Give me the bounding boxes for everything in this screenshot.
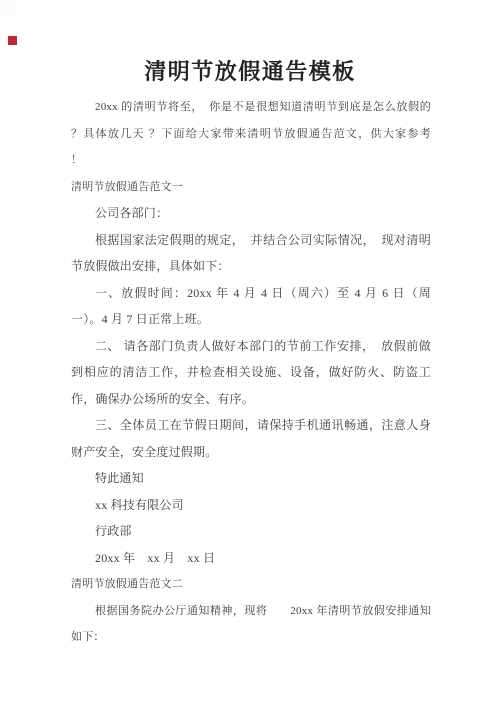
scan-artifact: [0, 0, 17, 15]
document-page: { "colors": { "background": "#ffffff", "…: [0, 0, 500, 708]
sample1-company: xx 科技有限公司: [71, 492, 431, 519]
sample2-opening: 根据国务院办公厅通知精神，现将 20xx 年清明节放假安排通知如下：: [71, 598, 431, 651]
red-marker: [8, 36, 17, 45]
sample1-heading: 清明节放假通告范文一: [71, 174, 431, 201]
sample2-heading: 清明节放假通告范文二: [71, 571, 431, 598]
sample1-date: 20xx 年 xx 月 xx 日: [71, 545, 431, 572]
document-body: 20xx 的清明节将至， 你是不是很想知道清明节到底是怎么放假的 ？具体放几天 …: [71, 94, 431, 651]
sample1-item-2: 二、 请各部门负责人做好本部门的节前工作安排， 放假前做到相应的清洁工作，并检查…: [71, 333, 431, 413]
sample1-department: 行政部: [71, 518, 431, 545]
sample1-item-1: 一、放假时间：20xx 年 4 月 4 日（周六）至 4 月 6 日（周一）。4…: [71, 280, 431, 333]
intro-paragraph: 20xx 的清明节将至， 你是不是很想知道清明节到底是怎么放假的 ？具体放几天 …: [71, 94, 431, 174]
sample1-opening: 根据国家法定假期的规定， 并结合公司实际情况， 现对清明节放假做出安排，具体如下…: [71, 227, 431, 280]
sample1-notice: 特此通知: [71, 465, 431, 492]
sample1-salutation: 公司各部门：: [71, 200, 431, 227]
sample1-item-3: 三、全体员工在节假日期间，请保持手机通讯畅通，注意人身财产安全，安全度过假期。: [71, 412, 431, 465]
document-title: 清明节放假通告模板: [0, 0, 500, 86]
